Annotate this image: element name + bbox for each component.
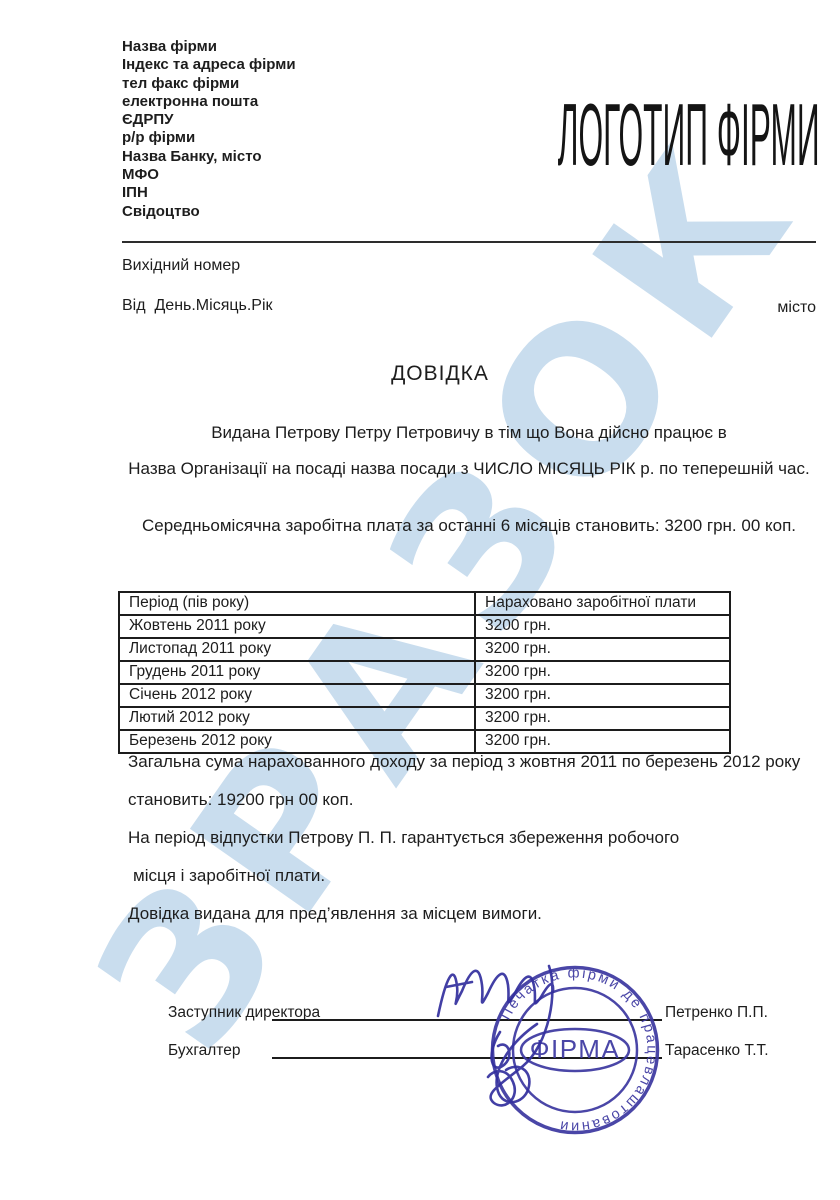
signature-stroke [446, 982, 472, 987]
table-header-row: Період (пів року) Нараховано заробітної … [119, 592, 730, 615]
signature-role-accountant: Бухгалтер [168, 1042, 240, 1060]
company-info-line: Індекс та адреса фірми [122, 56, 296, 74]
company-info-line: електронна пошта [122, 93, 296, 111]
amount-cell: 3200 грн. [475, 707, 730, 730]
salary-table: Період (пів року) Нараховано заробітної … [118, 591, 731, 754]
company-info-line: Свідоцтво [122, 203, 296, 221]
company-info-line: тел факс фірми [122, 75, 296, 93]
period-cell: Грудень 2011 року [119, 661, 475, 684]
signature-name-petrenko: Петренко П.П. [665, 1004, 768, 1022]
company-info-line: ІПН [122, 184, 296, 202]
average-salary-line: Середньомісячна заробітна плата за остан… [122, 516, 816, 536]
intro-line-2: Назва Організації на посаді назва посади… [122, 459, 816, 479]
table-row: Жовтень 2011 року 3200 грн. [119, 615, 730, 638]
table-row: Листопад 2011 року 3200 грн. [119, 638, 730, 661]
company-info-block: Назва фірми Індекс та адреса фірми тел ф… [122, 38, 296, 221]
stamp-center-text: ФІРМА [530, 1034, 621, 1064]
amount-cell: 3200 грн. [475, 638, 730, 661]
total-income-line-1: Загальна сума нарахованного доходу за пе… [128, 752, 800, 772]
vacation-guarantee-line-1: На період відпустки Петрову П. П. гарант… [128, 828, 679, 848]
date-placeholder: Від День.Місяць.Рік [122, 297, 273, 315]
city-placeholder: місто [777, 299, 816, 317]
company-info-line: Назва Банку, місто [122, 148, 296, 166]
amount-column-header: Нараховано заробітної плати [475, 592, 730, 615]
period-cell: Жовтень 2011 року [119, 615, 475, 638]
company-info-line: ЄДРПУ [122, 111, 296, 129]
company-logo-text: ЛОГОТИП ФІРМИ [558, 100, 820, 170]
amount-cell: 3200 грн. [475, 730, 730, 753]
period-cell: Січень 2012 року [119, 684, 475, 707]
company-info-line: р/р фірми [122, 129, 296, 147]
company-stamp: Печатка фірми де працевлаштований ФІРМА [485, 960, 665, 1140]
total-income-line-2: становить: 19200 грн 00 коп. [128, 790, 353, 810]
document-title: ДОВІДКА [391, 362, 489, 386]
period-cell: Березень 2012 року [119, 730, 475, 753]
table-row: Грудень 2011 року 3200 грн. [119, 661, 730, 684]
document-page: ЗРАЗОК Назва фірми Індекс та адреса фірм… [0, 0, 840, 1200]
amount-cell: 3200 грн. [475, 661, 730, 684]
period-cell: Лютий 2012 року [119, 707, 475, 730]
amount-cell: 3200 грн. [475, 684, 730, 707]
header-divider [122, 241, 816, 243]
purpose-line: Довідка видана для пред’явлення за місце… [128, 904, 542, 924]
period-column-header: Період (пів року) [119, 592, 475, 615]
company-info-line: МФО [122, 166, 296, 184]
table-row: Січень 2012 року 3200 грн. [119, 684, 730, 707]
period-cell: Листопад 2011 року [119, 638, 475, 661]
amount-cell: 3200 грн. [475, 615, 730, 638]
table-row: Березень 2012 року 3200 грн. [119, 730, 730, 753]
outgoing-number-label: Вихідний номер [122, 257, 240, 275]
signature-name-tarasenko: Тарасенко Т.Т. [665, 1042, 769, 1060]
intro-line-1: Видана Петрову Петру Петровичу в тім що … [122, 423, 816, 443]
company-info-line: Назва фірми [122, 38, 296, 56]
vacation-guarantee-line-2: місця і заробітної плати. [133, 866, 325, 886]
table-row: Лютий 2012 року 3200 грн. [119, 707, 730, 730]
